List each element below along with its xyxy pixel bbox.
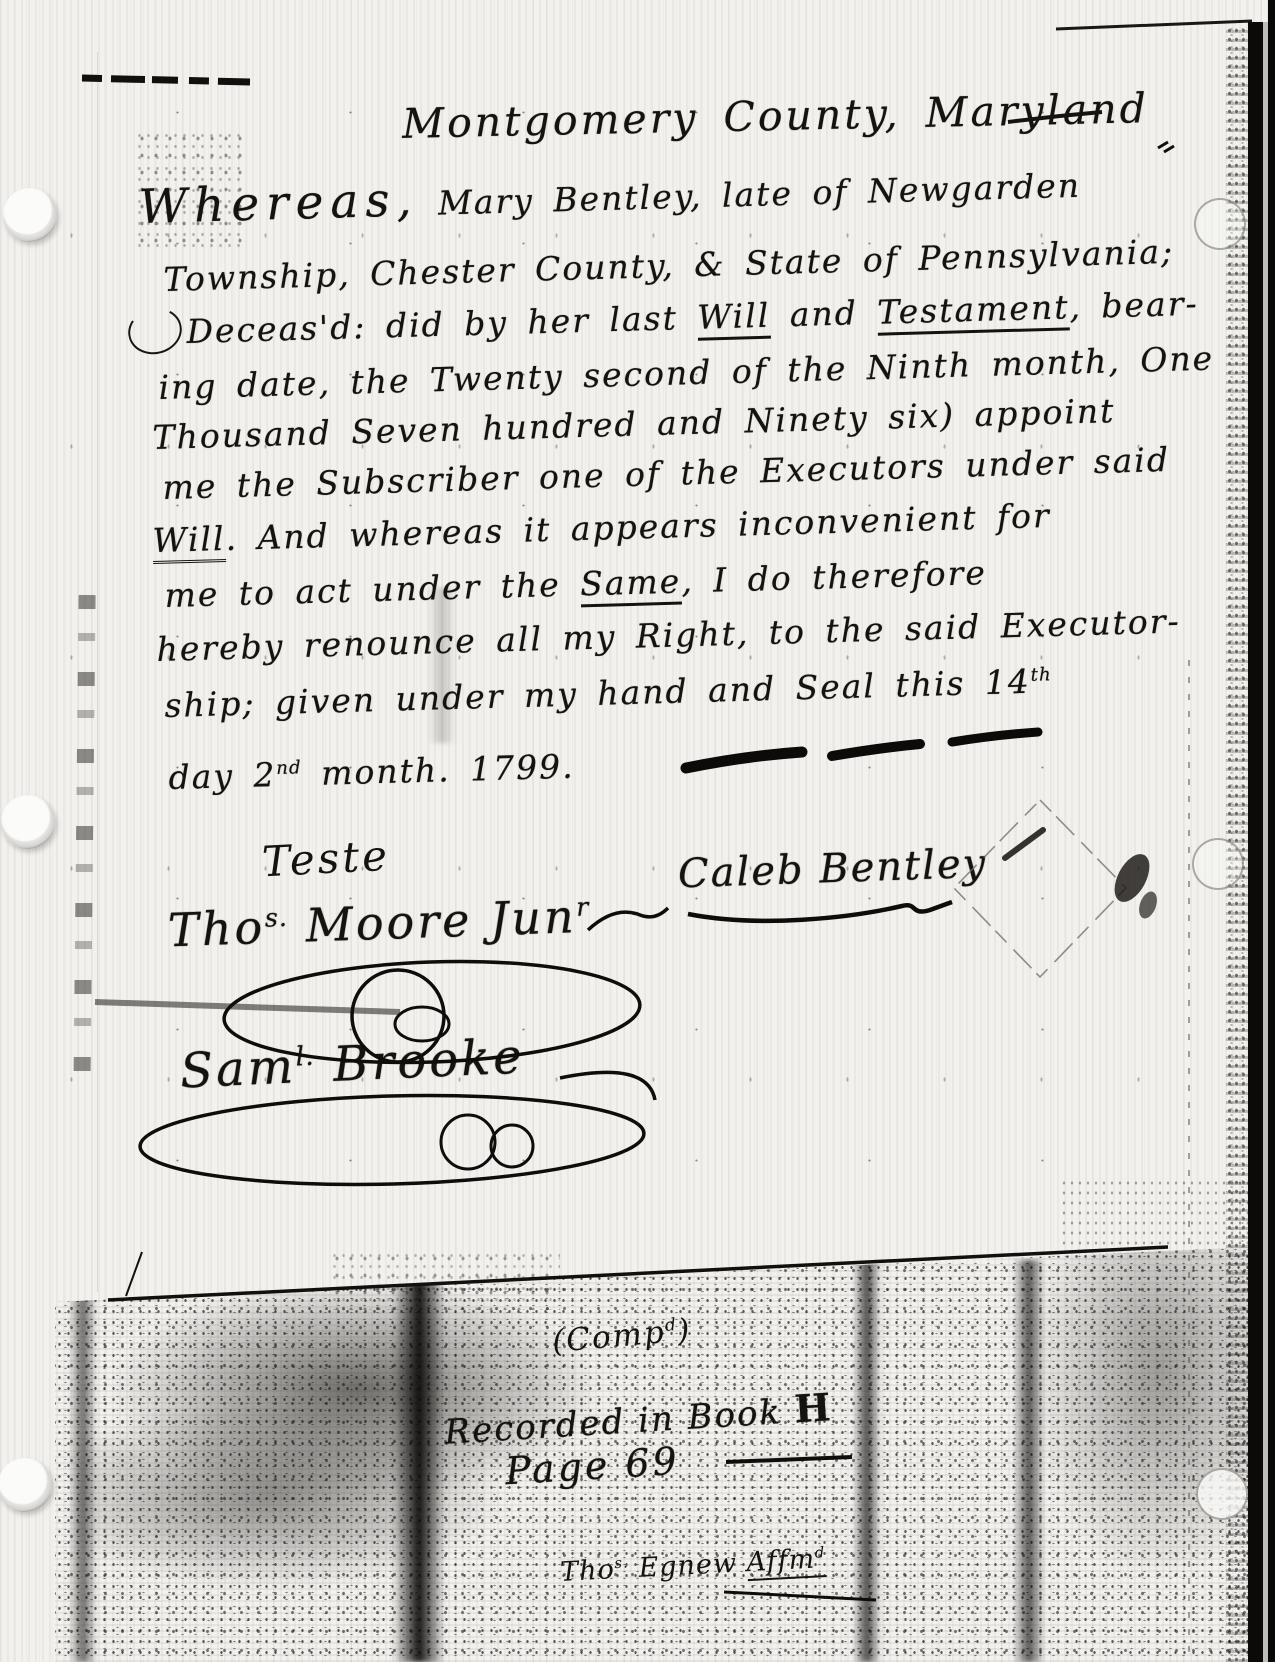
sig-text: Moore Jun bbox=[287, 889, 577, 953]
right-edge-black-strip bbox=[1248, 22, 1264, 1662]
note-sup: s. bbox=[614, 1553, 629, 1572]
punch-hole bbox=[3, 188, 57, 242]
underlined-will: Will bbox=[697, 296, 771, 341]
scanned-document-page: Montgomery County, Maryland Whereas, Mar… bbox=[0, 0, 1275, 1662]
left-fold-line bbox=[97, 52, 98, 1292]
whereas-word: Whereas, bbox=[138, 172, 419, 235]
right-fold-dotted-line bbox=[1188, 660, 1190, 1662]
day-number: 14 bbox=[984, 662, 1031, 702]
punch-hole-shadow-ring bbox=[1196, 1468, 1248, 1520]
note-text: ) bbox=[676, 1312, 693, 1349]
line-text: , bear- bbox=[1069, 284, 1199, 327]
line-text: and bbox=[770, 293, 878, 335]
teste-label: Teste bbox=[261, 831, 391, 887]
sheet-top-edge bbox=[1056, 21, 1252, 29]
line-text: day 2 bbox=[168, 755, 277, 797]
punch-hole bbox=[0, 1458, 52, 1512]
book-letter: H bbox=[793, 1384, 832, 1431]
noise-patch bbox=[1060, 1178, 1250, 1250]
underlined-will-2: Will bbox=[152, 519, 226, 564]
sig-text: Tho bbox=[167, 900, 266, 957]
sig-sup: r bbox=[576, 892, 590, 921]
sheet-corner-crease bbox=[126, 1252, 142, 1296]
right-edge-black-border bbox=[1268, 0, 1275, 1662]
dark-streak bbox=[393, 1280, 445, 1662]
note-sup: d bbox=[814, 1543, 825, 1562]
dark-streak bbox=[69, 1270, 97, 1662]
line-text: month. 1799. bbox=[301, 747, 575, 794]
mid-page-smudge bbox=[428, 588, 456, 743]
ordinal-suffix: th bbox=[1030, 664, 1052, 686]
punch-hole-shadow-ring bbox=[1192, 838, 1244, 890]
note-text: Egnew bbox=[628, 1547, 747, 1584]
note-text: Affm bbox=[746, 1544, 816, 1579]
dark-streak bbox=[853, 1240, 881, 1662]
sig-text: Sam bbox=[179, 1038, 297, 1099]
dark-streak bbox=[1013, 1260, 1045, 1662]
note-text: Tho bbox=[559, 1554, 615, 1588]
affirmed-underlined: Affmd bbox=[746, 1543, 827, 1581]
punch-hole bbox=[1, 795, 55, 849]
underlined-testament: Testament bbox=[877, 287, 1070, 335]
underlined-same: Same bbox=[580, 562, 682, 608]
sig-sup: l. bbox=[295, 1041, 315, 1073]
sig-sup: s. bbox=[264, 903, 288, 933]
punch-hole-shadow-ring bbox=[1194, 198, 1246, 250]
sig-text: Brooke bbox=[314, 1029, 526, 1094]
ordinal-suffix: nd bbox=[276, 757, 302, 779]
